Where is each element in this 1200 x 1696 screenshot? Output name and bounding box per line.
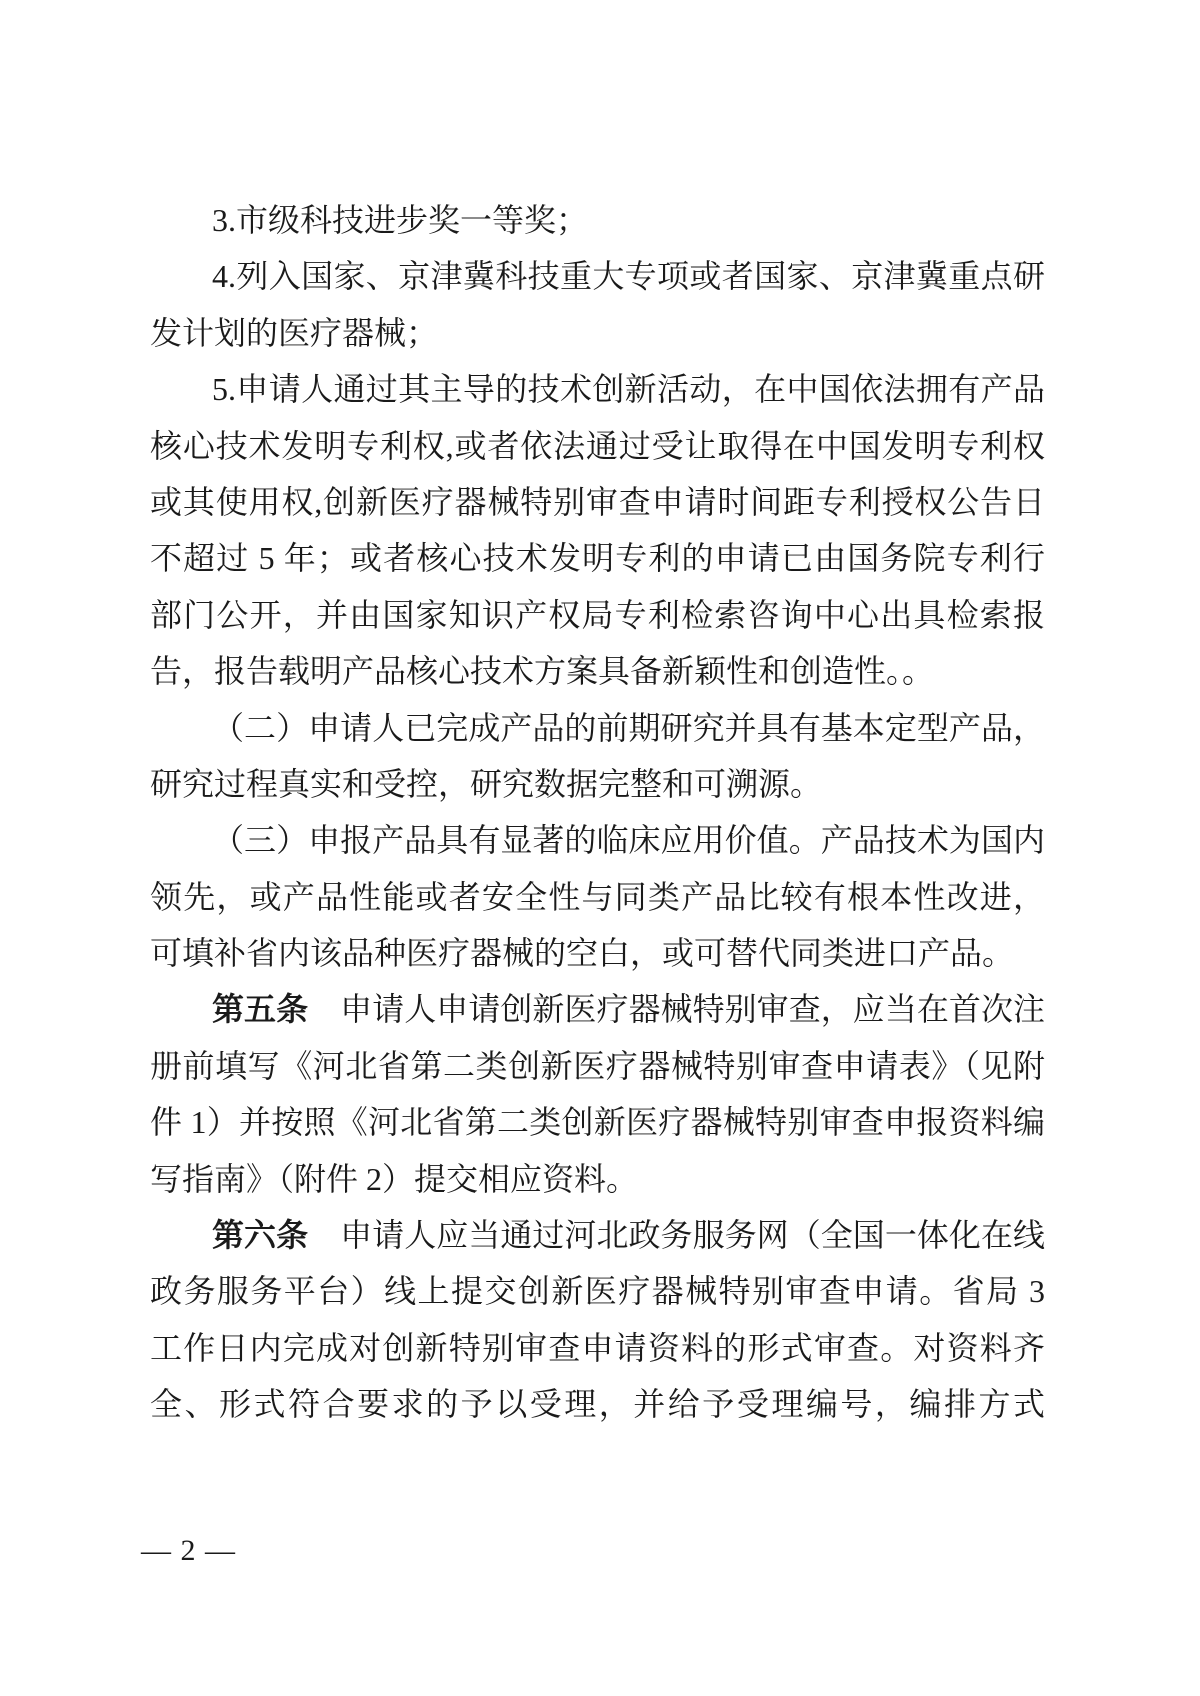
body-line: 5.申请人通过其主导的技术创新活动，在中国依法拥有产品 xyxy=(150,361,1045,417)
body-line: 3.市级科技进步奖一等奖； xyxy=(150,192,1045,248)
line-text: 核心技术发明专利权,或者依法通过受让取得在中国发明专利权 xyxy=(150,428,1045,464)
body-line: 册前填写《河北省第二类创新医疗器械特别审查申请表》（见附 xyxy=(150,1038,1045,1094)
line-text: 5.申请人通过其主导的技术创新活动，在中国依法拥有产品 xyxy=(212,371,1045,407)
body-line: 核心技术发明专利权,或者依法通过受让取得在中国发明专利权 xyxy=(150,418,1045,474)
line-text: 全、形式符合要求的予以受理，并给予受理编号，编排方式为： xyxy=(150,1386,1045,1432)
body-line: 部门公开，并由国家知识产权局专利检索咨询中心出具检索报 xyxy=(150,587,1045,643)
page-number: — 2 — xyxy=(141,1531,236,1571)
line-text: 不超过 5 年；或者核心技术发明专利的申请已由国务院专利行政 xyxy=(150,540,1045,586)
document-body: 3.市级科技进步奖一等奖； 4.列入国家、京津冀科技重大专项或者国家、京津冀重点… xyxy=(150,192,1045,1433)
line-text: 件 1）并按照《河北省第二类创新医疗器械特别审查申报资料编 xyxy=(150,1104,1045,1140)
line-text: 4.列入国家、京津冀科技重大专项或者国家、京津冀重点研 xyxy=(212,258,1045,294)
body-line: （三）申报产品具有显著的临床应用价值。产品技术为国内 xyxy=(150,812,1045,868)
line-text: 发计划的医疗器械； xyxy=(150,315,438,351)
article-number: 第五条 xyxy=(212,991,308,1027)
body-line: 全、形式符合要求的予以受理，并给予受理编号，编排方式为： xyxy=(150,1376,1045,1432)
body-line: 第六条 申请人应当通过河北政务服务网（全国一体化在线 xyxy=(150,1207,1045,1263)
body-line: 件 1）并按照《河北省第二类创新医疗器械特别审查申报资料编 xyxy=(150,1094,1045,1150)
line-text: 申请人应当通过河北政务服务网（全国一体化在线 xyxy=(308,1217,1045,1253)
body-line: 可填补省内该品种医疗器械的空白，或可替代同类进口产品。 xyxy=(150,925,1045,981)
line-text: 册前填写《河北省第二类创新医疗器械特别审查申请表》（见附 xyxy=(150,1048,1045,1084)
document-page: 3.市级科技进步奖一等奖； 4.列入国家、京津冀科技重大专项或者国家、京津冀重点… xyxy=(0,0,1200,1696)
body-line: 不超过 5 年；或者核心技术发明专利的申请已由国务院专利行政 xyxy=(150,530,1045,586)
body-line: 领先，或产品性能或者安全性与同类产品比较有根本性改进，或 xyxy=(150,869,1045,925)
body-line: 政务服务平台）线上提交创新医疗器械特别审查申请。省局 3 个 xyxy=(150,1263,1045,1319)
article-number: 第六条 xyxy=(212,1217,308,1253)
line-text: 申请人申请创新医疗器械特别审查，应当在首次注 xyxy=(308,991,1045,1027)
body-line: 第五条 申请人申请创新医疗器械特别审查，应当在首次注 xyxy=(150,981,1045,1037)
line-text: 研究过程真实和受控，研究数据完整和可溯源。 xyxy=(150,766,822,802)
line-text: （二）申请人已完成产品的前期研究并具有基本定型产品， xyxy=(212,710,1045,746)
line-text: 写指南》（附件 2）提交相应资料。 xyxy=(150,1161,638,1197)
line-text: 或其使用权,创新医疗器械特别审查申请时间距专利授权公告日 xyxy=(150,484,1045,520)
line-text: 3.市级科技进步奖一等奖； xyxy=(212,202,588,238)
line-text: 部门公开，并由国家知识产权局专利检索咨询中心出具检索报 xyxy=(150,597,1045,633)
body-line: 或其使用权,创新医疗器械特别审查申请时间距专利授权公告日 xyxy=(150,474,1045,530)
line-text: 政务服务平台）线上提交创新医疗器械特别审查申请。省局 3 个 xyxy=(150,1273,1045,1319)
body-line: （二）申请人已完成产品的前期研究并具有基本定型产品， xyxy=(150,700,1045,756)
body-line: 告，报告载明产品核心技术方案具备新颖性和创造性。。 xyxy=(150,643,1045,699)
line-text: 领先，或产品性能或者安全性与同类产品比较有根本性改进，或 xyxy=(150,879,1045,925)
line-text: 可填补省内该品种医疗器械的空白，或可替代同类进口产品。 xyxy=(150,935,1014,971)
body-line: 4.列入国家、京津冀科技重大专项或者国家、京津冀重点研 xyxy=(150,248,1045,304)
line-text: 告，报告载明产品核心技术方案具备新颖性和创造性。。 xyxy=(150,653,934,689)
body-line: 研究过程真实和受控，研究数据完整和可溯源。 xyxy=(150,756,1045,812)
body-line: 工作日内完成对创新特别审查申请资料的形式审查。对资料齐 xyxy=(150,1320,1045,1376)
body-line: 发计划的医疗器械； xyxy=(150,305,1045,361)
body-line: 写指南》（附件 2）提交相应资料。 xyxy=(150,1151,1045,1207)
line-text: 工作日内完成对创新特别审查申请资料的形式审查。对资料齐 xyxy=(150,1330,1045,1366)
line-text: （三）申报产品具有显著的临床应用价值。产品技术为国内 xyxy=(212,822,1045,858)
